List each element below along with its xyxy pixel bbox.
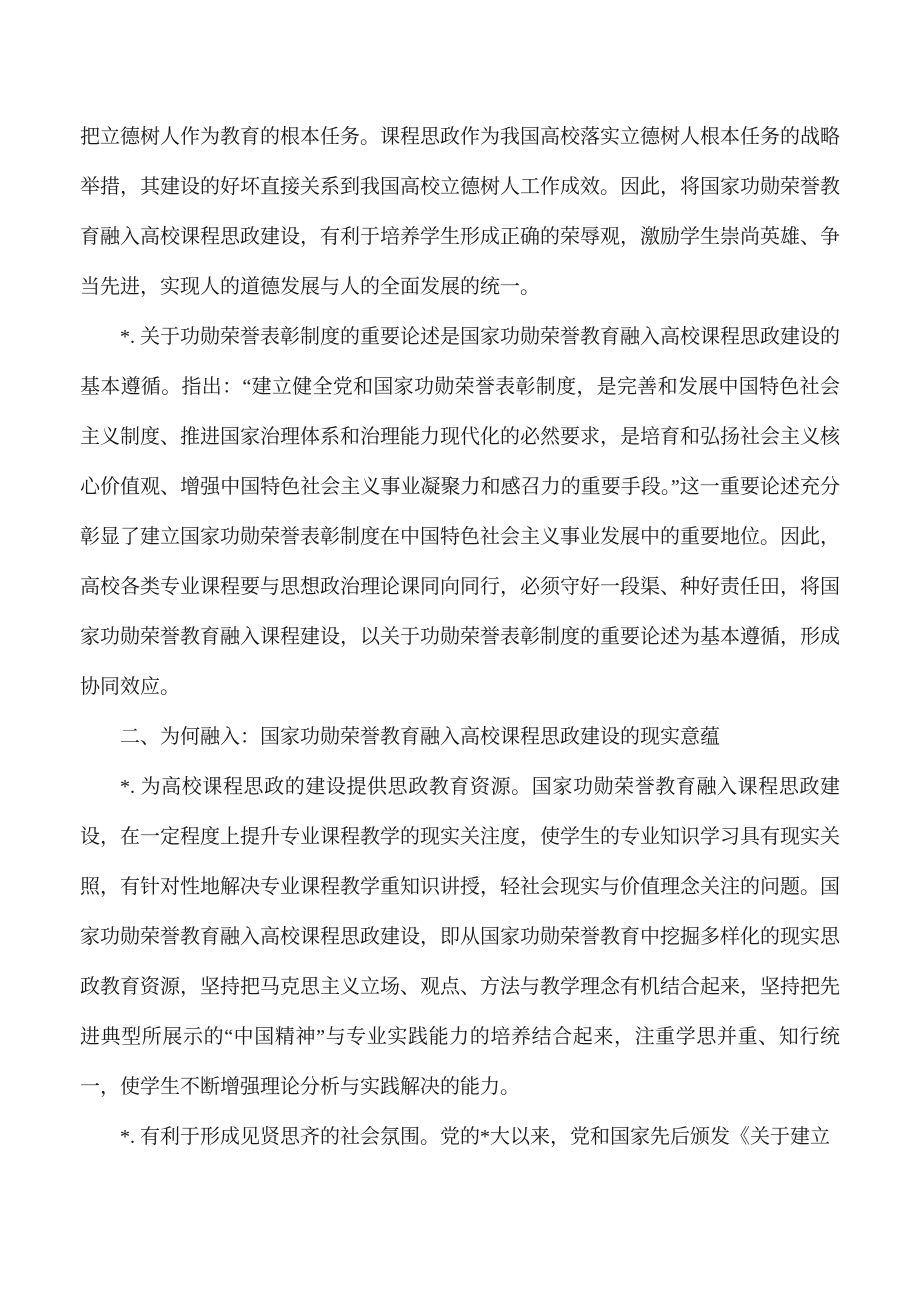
- document-body: 把立德树人作为教育的根本任务。课程思政作为我国高校落实立德树人根本任务的战略举措…: [80, 112, 840, 1162]
- paragraph-social-atmosphere: *. 有利于形成见贤思齐的社会氛围。党的*大以来，党和国家先后颁发《关于建立: [80, 1112, 840, 1162]
- paragraph-basic-guideline: *. 关于功勋荣誉表彰制度的重要论述是国家功勋荣誉教育融入高校课程思政建设的基本…: [80, 312, 840, 712]
- paragraph-resources: *. 为高校课程思政的建设提供思政教育资源。国家功勋荣誉教育融入课程思政建设，在…: [80, 762, 840, 1112]
- section-heading-2: 二、为何融入：国家功勋荣誉教育融入高校课程思政建设的现实意蕴: [80, 712, 840, 762]
- document-page: 把立德树人作为教育的根本任务。课程思政作为我国高校落实立德树人根本任务的战略举措…: [0, 0, 920, 1301]
- paragraph-continuation: 把立德树人作为教育的根本任务。课程思政作为我国高校落实立德树人根本任务的战略举措…: [80, 112, 840, 312]
